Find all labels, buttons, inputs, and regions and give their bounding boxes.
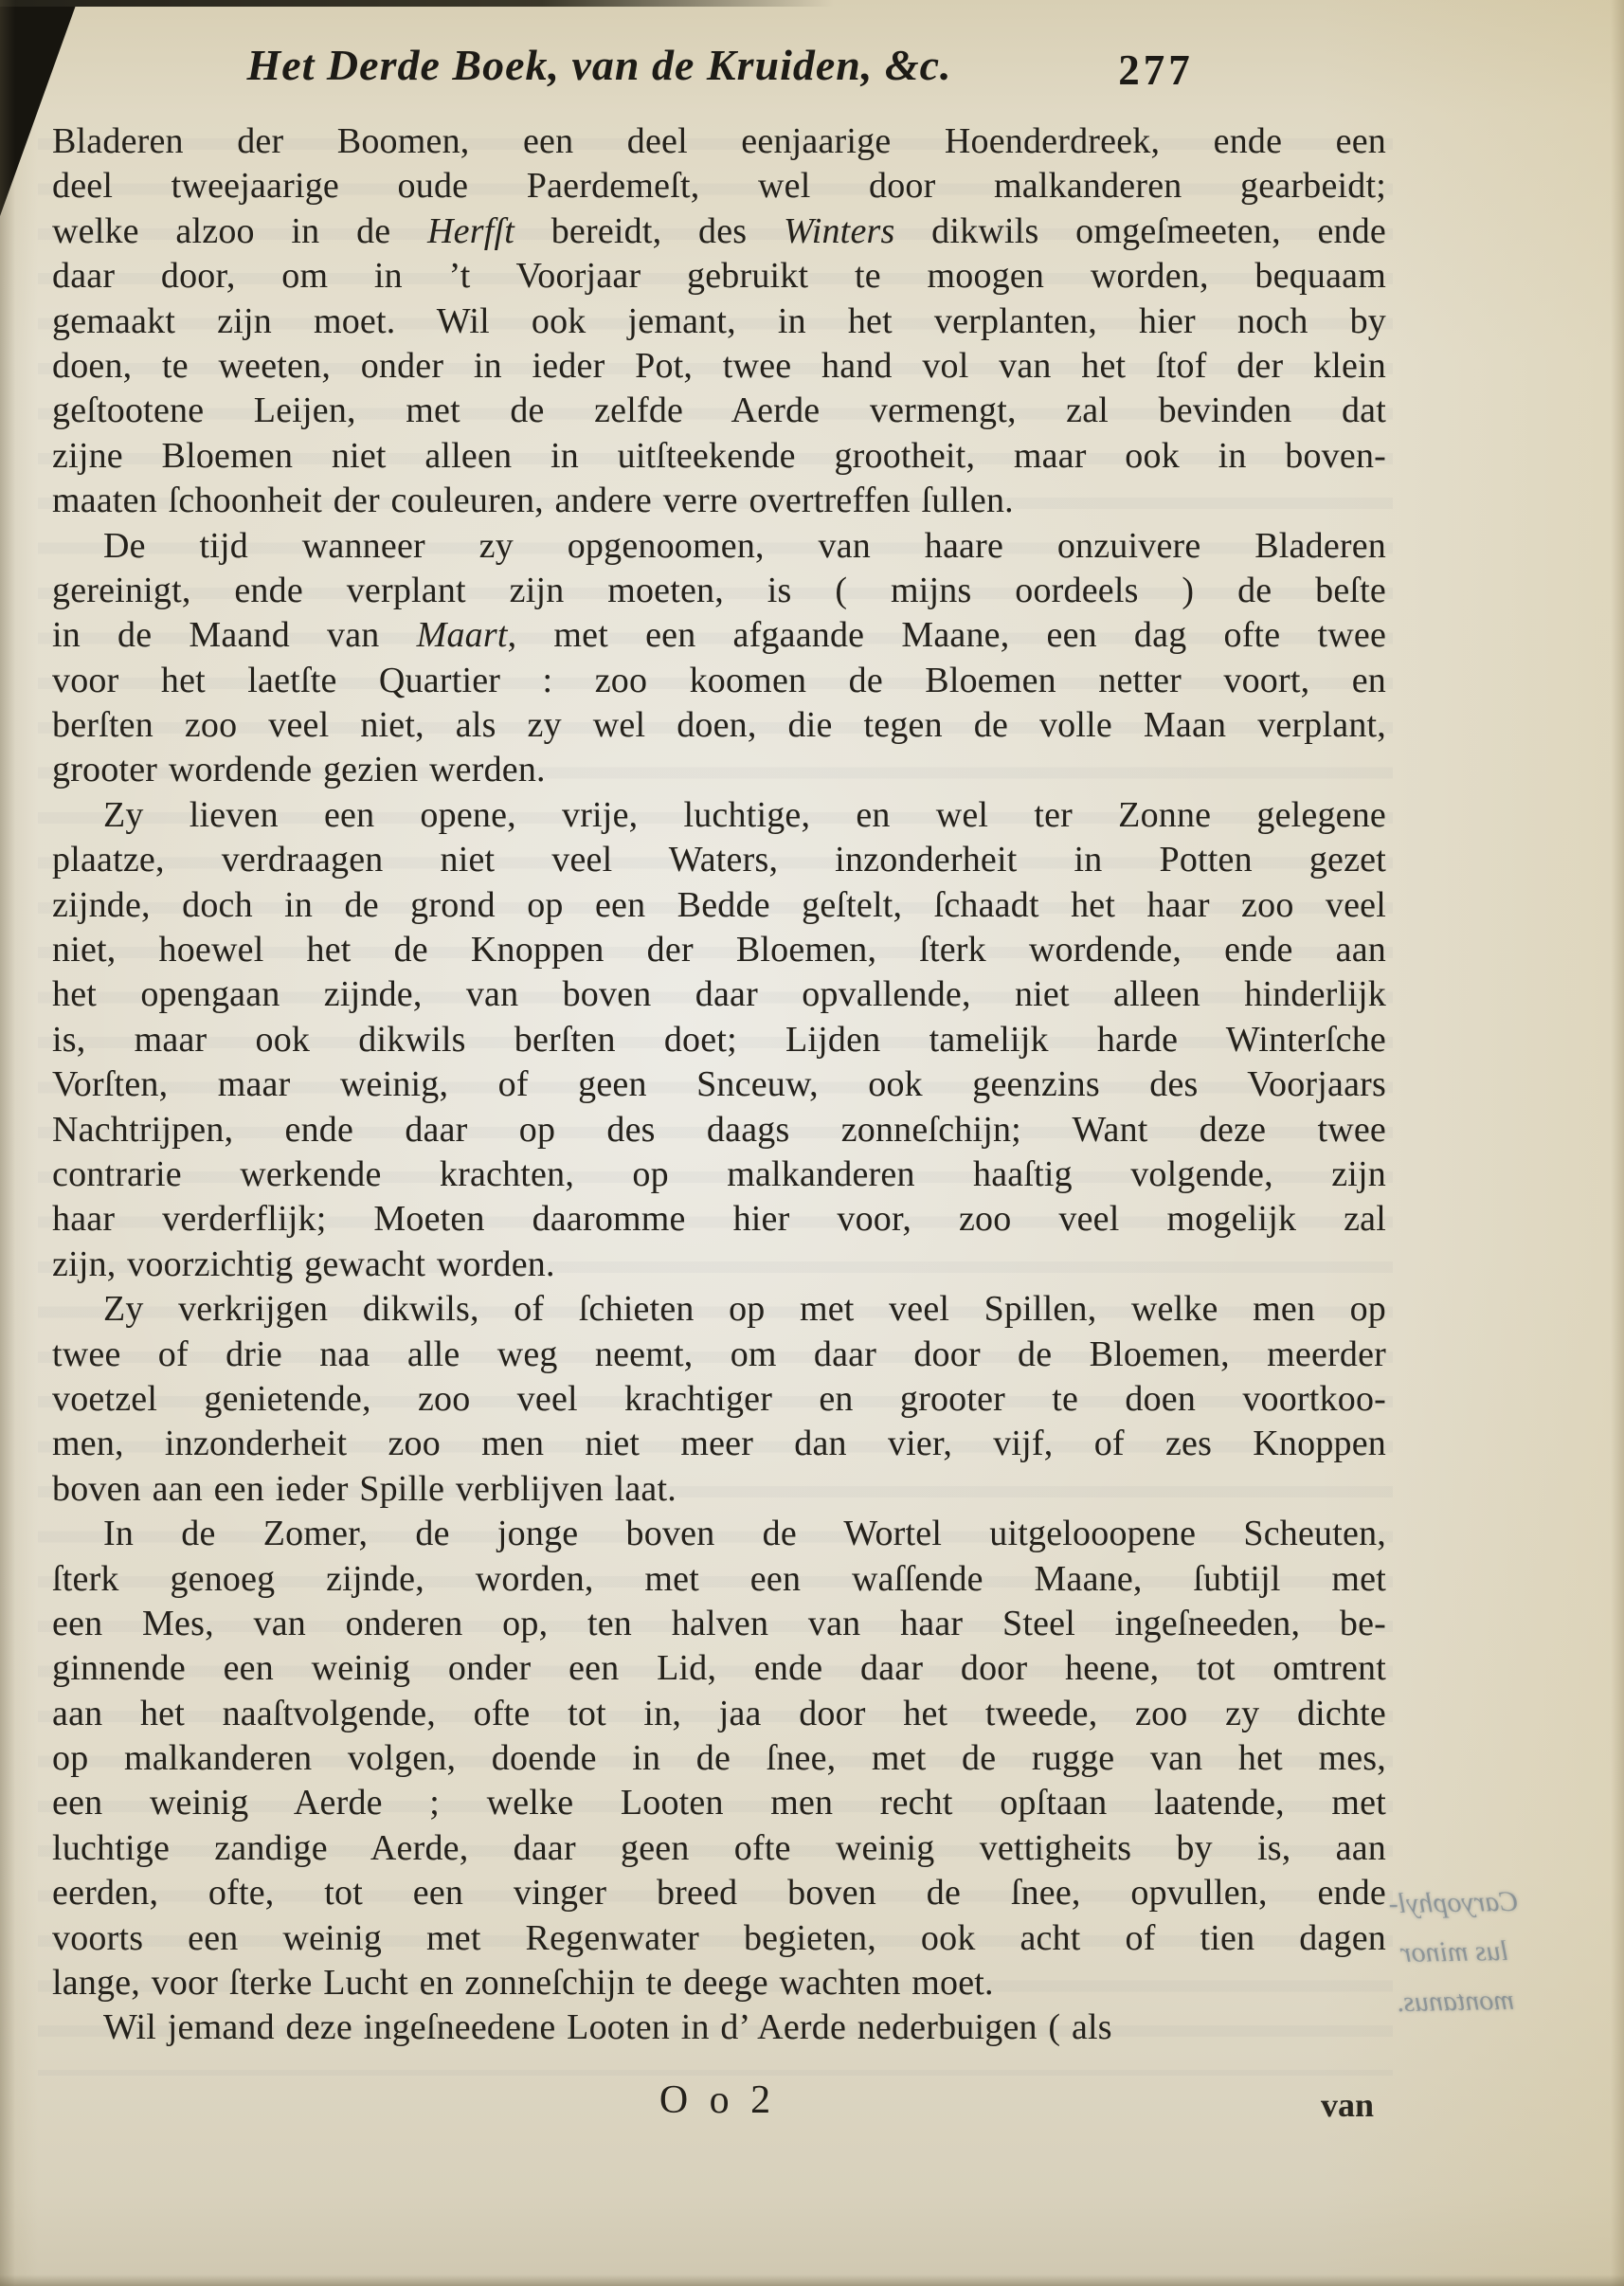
text-line: niet, hoewel het de Knoppen der Bloemen,… [52,928,1386,972]
text-line: daar door, om in ’t Voorjaar gebruikt te… [52,254,1386,299]
text-line: eerden, ofte, tot een vinger breed boven… [52,1871,1386,1915]
page-number: 277 [1090,45,1222,95]
text-line: Vorſten, maar weinig, of geen Snceuw, oo… [52,1062,1386,1107]
text-line: in de Maand van Maart, met een afgaande … [52,613,1386,658]
text-line: In de Zomer, de jonge boven de Wortel ui… [52,1512,1386,1556]
text-line: doen, te weeten, onder in ieder Pot, twe… [52,344,1386,389]
text-line: geſtootene Leijen, met de zelfde Aerde v… [52,389,1386,433]
text-line: het opengaan zijnde, van boven daar opva… [52,972,1386,1017]
text-line: maaten ſchoonheit der couleuren, andere … [52,479,1386,523]
text-line: welke alzoo in de Herfſt bereidt, des Wi… [52,209,1386,254]
text-line: contrarie werkende krachten, op malkande… [52,1152,1386,1197]
text-line: voor het laetſte Quartier : zoo koomen d… [52,659,1386,703]
text-line: berſten zoo veel niet, als zy wel doen, … [52,703,1386,748]
scan-edge-top [0,0,834,7]
page-left-shading [0,0,15,2286]
body-text-block: Bladeren der Boomen, een deel eenjaarige… [52,119,1386,2051]
text-line: aan het naaſtvolgende, ofte tot in, jaa … [52,1692,1386,1736]
text-line: Nachtrijpen, ende daar op des daags zonn… [52,1108,1386,1152]
text-line: twee of drie naa alle weg neemt, om daar… [52,1333,1386,1377]
text-line: grooter wordende gezien werden. [52,748,1386,792]
text-line: De tijd wanneer zy opgenoomen, van haare… [52,524,1386,569]
text-line: boven aan een ieder Spille verblijven la… [52,1467,1386,1512]
text-line: plaatze, verdraagen niet veel Waters, in… [52,838,1386,882]
scanned-book-page: Het Derde Boek, van de Kruiden, &c. 277 … [0,0,1624,2286]
text-line: lange, voor ſterke Lucht en zonneſchijn … [52,1961,1386,2005]
page-right-shading [1611,0,1624,2286]
text-line: deel tweejaarige oude Paerdemeſt, wel do… [52,164,1386,209]
text-line: Zy verkrijgen dikwils, of ſchieten op me… [52,1287,1386,1332]
printers-signature-mark: O o 2 [52,2077,1383,2123]
text-line: zijne Bloemen niet alleen in uitſteekend… [52,434,1386,479]
catchword: van [1260,2085,1374,2125]
text-line: ſterk genoeg zijnde, worden, met een waſ… [52,1557,1386,1602]
text-line: voetzel genietende, zoo veel krachtiger … [52,1377,1386,1422]
text-line: zijnde, doch in de grond op een Bedde ge… [52,883,1386,928]
text-line: is, maar ook dikwils berſten doet; Lijde… [52,1018,1386,1062]
text-line: luchtige zandige Aerde, daar geen ofte w… [52,1826,1386,1871]
text-line: ginnende een weinig onder een Lid, ende … [52,1646,1386,1691]
text-line: Zy lieven een opene, vrije, luchtige, en… [52,793,1386,838]
running-header-title: Het Derde Boek, van de Kruiden, &c. [142,40,1056,90]
text-line: voorts een weinig met Regenwater begiete… [52,1916,1386,1961]
text-line: zijn, voorzichtig gewacht worden. [52,1243,1386,1287]
text-line: haar verderflijk; Moeten daaromme hier v… [52,1197,1386,1242]
text-line: gemaakt zijn moet. Wil ook jemant, in he… [52,299,1386,344]
text-line: een Mes, van onderen op, ten halven van … [52,1602,1386,1646]
page-bottom-shading [0,2275,1624,2286]
text-line: men, inzonderheit zoo men niet meer dan … [52,1422,1386,1466]
text-line: Wil jemand deze ingeſneedene Looten in d… [52,2005,1386,2050]
text-line: een weinig Aerde ; welke Looten men rech… [52,1781,1386,1825]
text-line: op malkanderen volgen, doende in de ſnee… [52,1736,1386,1781]
text-line: Bladeren der Boomen, een deel eenjaarige… [52,119,1386,164]
text-line: gereinigt, ende verplant zijn moeten, is… [52,569,1386,613]
